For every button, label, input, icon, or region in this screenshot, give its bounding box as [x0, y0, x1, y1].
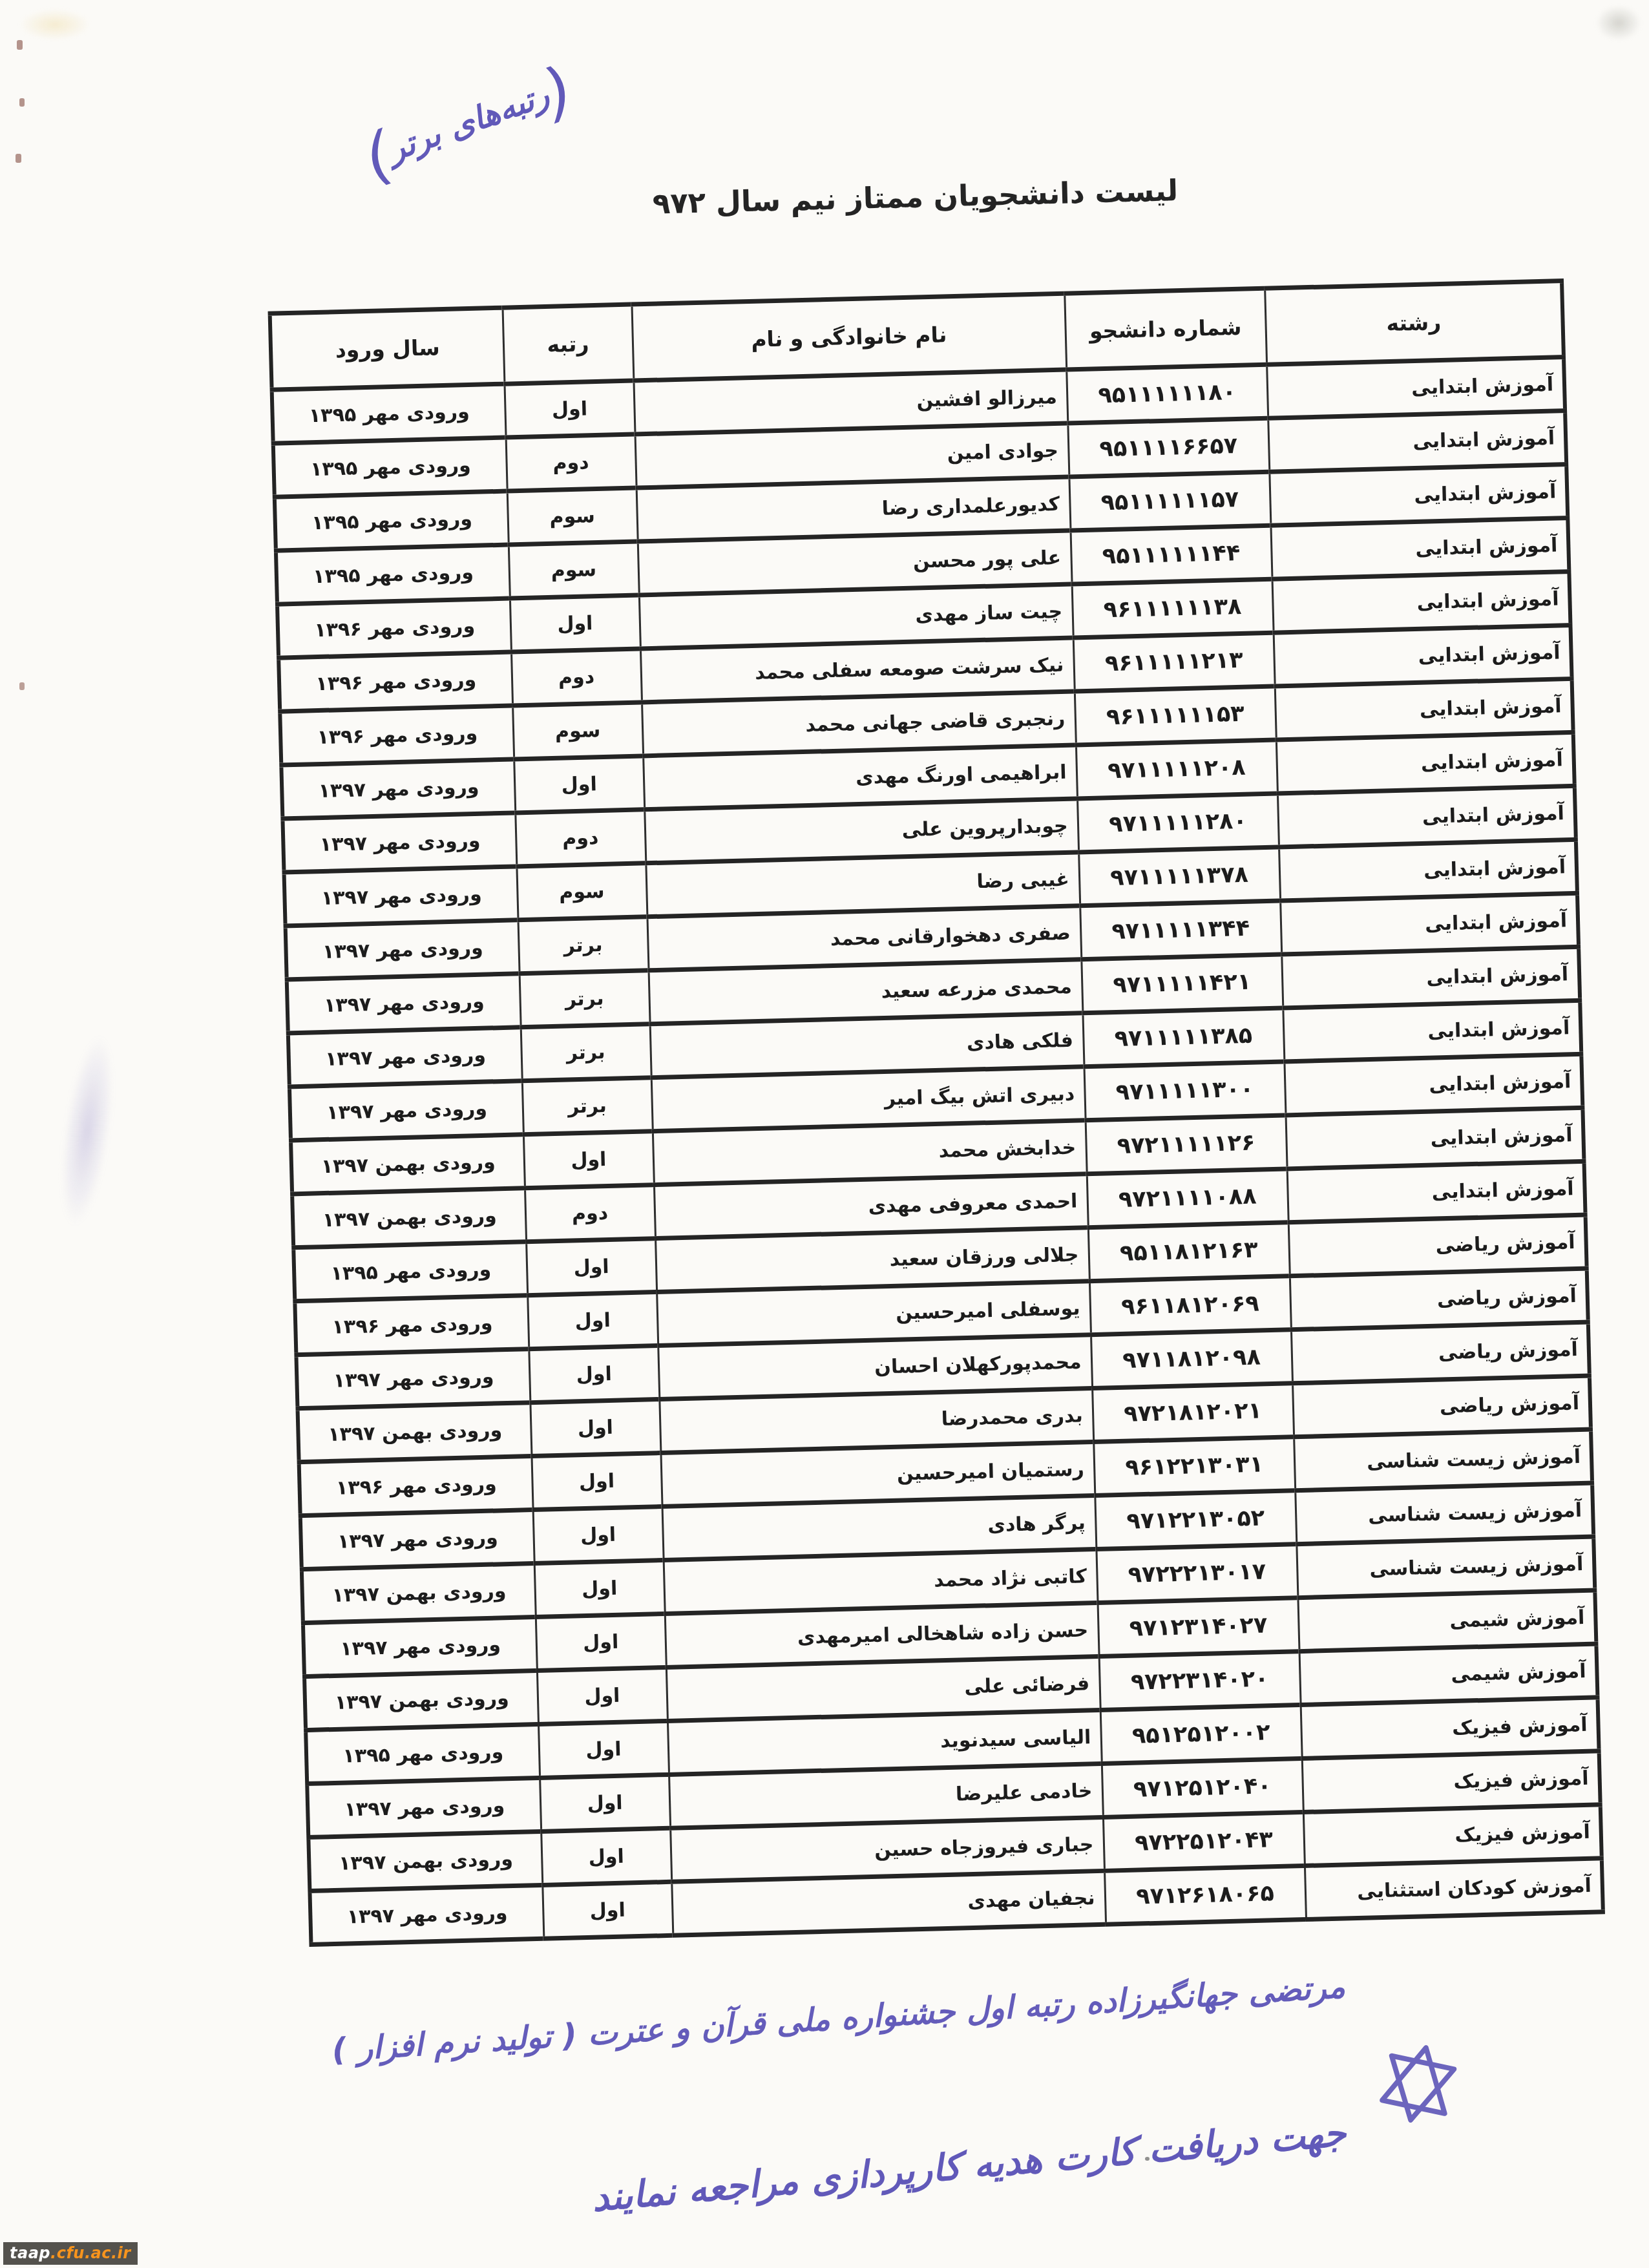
entry-year-cell: ورودی مهر ۱۳۹۶ [280, 706, 514, 765]
watermark-prefix: taap [10, 2244, 50, 2262]
student-number-cell: ۹۷۱۱۱۱۱۳۸۵ [1082, 1008, 1284, 1067]
major-cell: آموزش ابتدایی [1283, 1000, 1581, 1062]
rank-cell: سوم [516, 863, 647, 920]
entry-year-cell: ورودی مهر ۱۳۹۷ [282, 813, 516, 872]
entry-year-cell: ورودی مهر ۱۳۹۵ [276, 545, 510, 604]
student-number-cell: ۹۷۱۲۲۱۳۰۵۲ [1095, 1491, 1296, 1549]
major-cell: آموزش ریاضی [1291, 1322, 1590, 1383]
entry-year-cell: ورودی بهمن ۱۳۹۷ [308, 1831, 542, 1891]
entry-year-cell: ورودی مهر ۱۳۹۷ [287, 974, 521, 1033]
student-number-cell: ۹۷۱۱۱۱۱۲۰۸ [1076, 740, 1277, 799]
scan-speckle [16, 154, 21, 163]
rank-cell: دوم [525, 1185, 655, 1242]
entry-year-cell: ورودی مهر ۱۳۹۵ [293, 1242, 527, 1301]
student-number-cell: ۹۷۱۲۶۱۸۰۶۵ [1104, 1866, 1306, 1925]
entry-year-cell: ورودی مهر ۱۳۹۷ [296, 1349, 530, 1409]
rank-cell: دوم [511, 649, 642, 706]
major-cell: آموزش ابتدایی [1268, 411, 1566, 472]
major-cell: آموزش شیمی [1299, 1644, 1598, 1705]
entry-year-cell: ورودی بهمن ۱۳۹۷ [292, 1188, 526, 1248]
major-cell: آموزش ابتدایی [1287, 1161, 1586, 1223]
rank-cell: اول [514, 756, 644, 813]
major-cell: آموزش فیزیک [1302, 1751, 1601, 1812]
rank-cell: اول [536, 1613, 666, 1670]
entry-year-cell: ورودی مهر ۱۳۹۷ [281, 759, 515, 819]
student-number-cell: ۹۷۱۱۱۱۱۲۸۰ [1077, 793, 1279, 852]
rank-cell: اول [537, 1667, 667, 1724]
major-cell: آموزش ابتدایی [1284, 1054, 1582, 1115]
entry-year-cell: ورودی مهر ۱۳۹۷ [289, 1081, 523, 1140]
student-number-cell: ۹۷۱۱۱۱۱۳۰۰ [1084, 1062, 1286, 1120]
major-cell: آموزش کودکان استثنایی [1305, 1858, 1603, 1920]
entry-year-cell: ورودی بهمن ۱۳۹۷ [302, 1564, 536, 1623]
rank-cell: اول [529, 1346, 659, 1403]
scan-speckle [19, 98, 25, 107]
handwritten-pickup-note: جهت دریافت کارت هدیه کارپردازی مراجعه نم… [237, 2112, 1348, 2251]
student-number-cell: ۹۷۲۲۵۱۲۰۴۳ [1103, 1812, 1305, 1871]
rank-cell: اول [542, 1882, 673, 1938]
major-cell: آموزش ریاضی [1290, 1268, 1588, 1330]
major-cell: آموزش ابتدایی [1279, 839, 1577, 901]
major-cell: آموزش ابتدایی [1280, 893, 1579, 954]
handwritten-award-note: مرتضی جهانگیرزاده رتبه اول جشنواره ملی ق… [338, 1968, 1347, 2068]
major-cell: آموزش زیست شناسی [1294, 1429, 1592, 1491]
handwritten-top-note: (رتبه‌های برتر) [354, 52, 583, 194]
rank-cell: دوم [515, 810, 646, 866]
document-sheet: لیست دانشجویان ممتاز نیم سال ۹۷۲ رشته شم… [269, 163, 1605, 1947]
major-cell: آموزش ابتدایی [1275, 678, 1573, 740]
entry-year-cell: ورودی مهر ۱۳۹۶ [278, 652, 512, 711]
student-number-cell: ۹۵۱۲۵۱۲۰۰۲ [1100, 1705, 1302, 1764]
rank-cell: اول [540, 1774, 670, 1831]
scanned-document-page: { "page": { "title": "لیست دانشجویان ممت… [0, 0, 1649, 2268]
entry-year-cell: ورودی مهر ۱۳۹۵ [272, 384, 506, 443]
rank-cell: اول [504, 381, 635, 437]
header-major: رشته [1265, 281, 1564, 365]
rank-cell: اول [532, 1453, 662, 1510]
major-cell: آموزش فیزیک [1301, 1697, 1599, 1759]
major-cell: آموزش فیزیک [1303, 1805, 1602, 1866]
major-cell: آموزش ابتدایی [1274, 625, 1572, 686]
handwritten-top-note-text: رتبه‌های برتر [383, 76, 554, 169]
entry-year-cell: ورودی مهر ۱۳۹۷ [303, 1617, 537, 1676]
rank-cell: اول [530, 1400, 660, 1456]
name-cell: نجفیان مهدی [671, 1871, 1106, 1935]
rank-cell: اول [538, 1721, 669, 1778]
major-cell: آموزش ابتدایی [1272, 572, 1571, 633]
entry-year-cell: ورودی مهر ۱۳۹۵ [306, 1724, 540, 1783]
major-cell: آموزش ابتدایی [1266, 357, 1565, 419]
ink-bleed-smudge [51, 1032, 123, 1230]
student-number-cell: ۹۷۱۱۱۱۱۳۴۴ [1080, 901, 1281, 960]
major-cell: آموزش ریاضی [1288, 1215, 1587, 1276]
entry-year-cell: ورودی مهر ۱۳۹۶ [295, 1296, 529, 1355]
major-cell: آموزش زیست شناسی [1296, 1537, 1595, 1598]
entry-year-cell: ورودی مهر ۱۳۹۷ [300, 1510, 534, 1570]
student-number-cell: ۹۷۱۱۱۱۱۴۲۱ [1081, 954, 1283, 1013]
header-entry-year: سال ورود [270, 308, 505, 390]
student-number-cell: ۹۶۱۱۱۱۱۱۳۸ [1072, 579, 1274, 638]
student-number-cell: ۹۵۱۱۱۱۶۶۵۷ [1067, 418, 1269, 477]
student-number-cell: ۹۵۱۱۱۱۱۱۸۰ [1066, 364, 1268, 423]
entry-year-cell: ورودی مهر ۱۳۹۶ [299, 1456, 533, 1516]
entry-year-cell: ورودی بهمن ۱۳۹۷ [304, 1670, 538, 1730]
scan-speckle [19, 682, 25, 690]
student-number-cell: ۹۷۱۱۱۱۱۳۷۸ [1078, 847, 1280, 906]
star-doodle-icon [1369, 2034, 1468, 2134]
scan-stain [19, 9, 90, 40]
student-number-cell: ۹۷۲۱۱۱۱۰۸۸ [1087, 1169, 1288, 1228]
major-cell: آموزش ابتدایی [1281, 947, 1580, 1008]
major-cell: آموزش ابتدایی [1277, 786, 1576, 847]
student-number-cell: ۹۵۱۱۸۱۲۱۶۳ [1088, 1223, 1290, 1281]
major-cell: آموزش شیمی [1297, 1590, 1596, 1652]
student-number-cell: ۹۵۱۱۱۱۱۱۴۴ [1071, 525, 1272, 584]
scan-stain [1596, 5, 1641, 41]
student-number-cell: ۹۵۱۱۱۱۱۱۵۷ [1069, 472, 1270, 530]
entry-year-cell: ورودی بهمن ۱۳۹۷ [298, 1403, 532, 1462]
rank-cell: سوم [509, 541, 639, 598]
rank-cell: سوم [507, 488, 638, 545]
entry-year-cell: ورودی مهر ۱۳۹۶ [277, 598, 511, 658]
major-cell: آموزش ابتدایی [1276, 732, 1575, 793]
entry-year-cell: ورودی مهر ۱۳۹۷ [288, 1027, 522, 1087]
entry-year-cell: ورودی مهر ۱۳۹۷ [307, 1778, 541, 1837]
student-number-cell: ۹۶۱۱۱۱۱۱۵۳ [1075, 686, 1276, 745]
scan-speckle [17, 40, 23, 50]
rank-cell: دوم [506, 434, 636, 491]
entry-year-cell: ورودی مهر ۱۳۹۵ [273, 437, 507, 497]
entry-year-cell: ورودی مهر ۱۳۹۷ [284, 866, 518, 926]
rank-cell: اول [541, 1828, 671, 1885]
rank-cell: اول [534, 1560, 665, 1617]
header-student-number: شماره دانشجو [1064, 288, 1266, 370]
student-number-cell: ۹۷۲۲۲۱۳۰۱۷ [1096, 1544, 1297, 1603]
rank-cell: برتر [521, 1024, 651, 1081]
student-number-cell: ۹۷۱۱۸۱۲۰۹۸ [1091, 1330, 1292, 1389]
student-number-cell: ۹۶۱۱۱۱۱۲۱۳ [1073, 633, 1275, 691]
student-number-cell: ۹۷۲۱۱۱۱۱۲۶ [1086, 1115, 1287, 1174]
rank-cell: اول [533, 1506, 664, 1563]
rank-cell: اول [526, 1239, 656, 1296]
major-cell: آموزش ابتدایی [1269, 465, 1568, 526]
rank-cell: برتر [522, 1078, 653, 1135]
student-number-cell: ۹۶۱۲۲۱۳۰۳۱ [1093, 1437, 1295, 1496]
watermark-suffix: .cfu.ac.ir [50, 2244, 131, 2262]
rank-cell: اول [510, 595, 640, 652]
major-cell: آموزش ابتدایی [1270, 518, 1569, 580]
entry-year-cell: ورودی مهر ۱۳۹۷ [310, 1885, 543, 1944]
site-watermark: taap.cfu.ac.ir [3, 2242, 138, 2265]
header-name: نام خانوادگی و نام [631, 293, 1066, 381]
header-rank: رتبه [503, 304, 634, 384]
major-cell: آموزش ریاضی [1292, 1376, 1591, 1437]
entry-year-cell: ورودی مهر ۱۳۹۷ [286, 920, 520, 980]
entry-year-cell: ورودی بهمن ۱۳۹۷ [291, 1135, 525, 1194]
students-table: رشته شماره دانشجو نام خانوادگی و نام رتب… [268, 278, 1605, 1947]
rank-cell: اول [523, 1131, 654, 1188]
rank-cell: اول [527, 1292, 658, 1349]
student-number-cell: ۹۷۲۲۳۱۴۰۲۰ [1099, 1652, 1301, 1710]
major-cell: آموزش زیست شناسی [1295, 1483, 1593, 1544]
student-number-cell: ۹۷۱۲۵۱۲۰۴۰ [1102, 1759, 1303, 1818]
entry-year-cell: ورودی مهر ۱۳۹۵ [275, 491, 509, 551]
rank-cell: برتر [520, 971, 650, 1027]
rank-cell: سوم [512, 702, 643, 759]
student-number-cell: ۹۷۲۱۸۱۲۰۲۱ [1092, 1383, 1294, 1442]
rank-cell: برتر [518, 917, 648, 974]
student-number-cell: ۹۷۱۲۳۱۴۰۲۷ [1098, 1598, 1299, 1657]
student-number-cell: ۹۶۱۱۸۱۲۰۶۹ [1089, 1276, 1291, 1335]
major-cell: آموزش ابتدایی [1286, 1108, 1584, 1169]
